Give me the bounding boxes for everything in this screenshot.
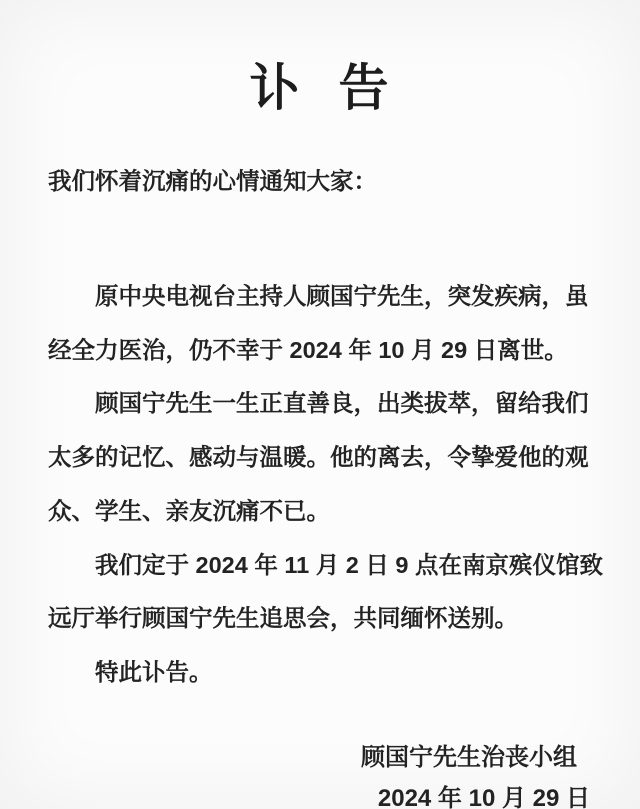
paragraph-line: 远厅举行顾国宁先生追思会，共同缅怀送别。 — [48, 592, 608, 646]
obituary-notice-page: 讣 告 我们怀着沉痛的心情通知大家： 原中央电视台主持人顾国宁先生，突发疾病，虽… — [0, 0, 640, 809]
notice-title: 讣 告 — [0, 48, 640, 120]
paragraph-line: 众、学生、亲友沉痛不已。 — [48, 485, 608, 539]
notice-date: 2024 年 10 月 29 日 — [378, 784, 590, 809]
greeting-line: 我们怀着沉痛的心情通知大家： — [48, 155, 377, 209]
paragraph-tribute: 顾国宁先生一生正直善良，出类拔萃，留给我们 太多的记忆、感动与温暖。他的离去，令… — [48, 377, 608, 538]
paragraph-line: 原中央电视台主持人顾国宁先生，突发疾病，虽 — [48, 270, 608, 324]
notice-body: 原中央电视台主持人顾国宁先生，突发疾病，虽 经全力医治，仍不幸于 2024 年 … — [48, 270, 608, 700]
paragraph-line: 特此讣告。 — [48, 646, 608, 700]
paragraph-line: 太多的记忆、感动与温暖。他的离去，令挚爱他的观 — [48, 431, 608, 485]
paragraph-memorial-arrangement: 我们定于 2024 年 11 月 2 日 9 点在南京殡仪馆致 远厅举行顾国宁先… — [48, 539, 608, 646]
signature-committee: 顾国宁先生治丧小组 — [361, 743, 577, 773]
paragraph-line: 我们定于 2024 年 11 月 2 日 9 点在南京殡仪馆致 — [48, 539, 608, 593]
paragraph-closing: 特此讣告。 — [48, 646, 608, 700]
paragraph-death-announcement: 原中央电视台主持人顾国宁先生，突发疾病，虽 经全力医治，仍不幸于 2024 年 … — [48, 270, 608, 377]
paragraph-line: 顾国宁先生一生正直善良，出类拔萃，留给我们 — [48, 377, 608, 431]
paragraph-line: 经全力医治，仍不幸于 2024 年 10 月 29 日离世。 — [48, 324, 608, 378]
